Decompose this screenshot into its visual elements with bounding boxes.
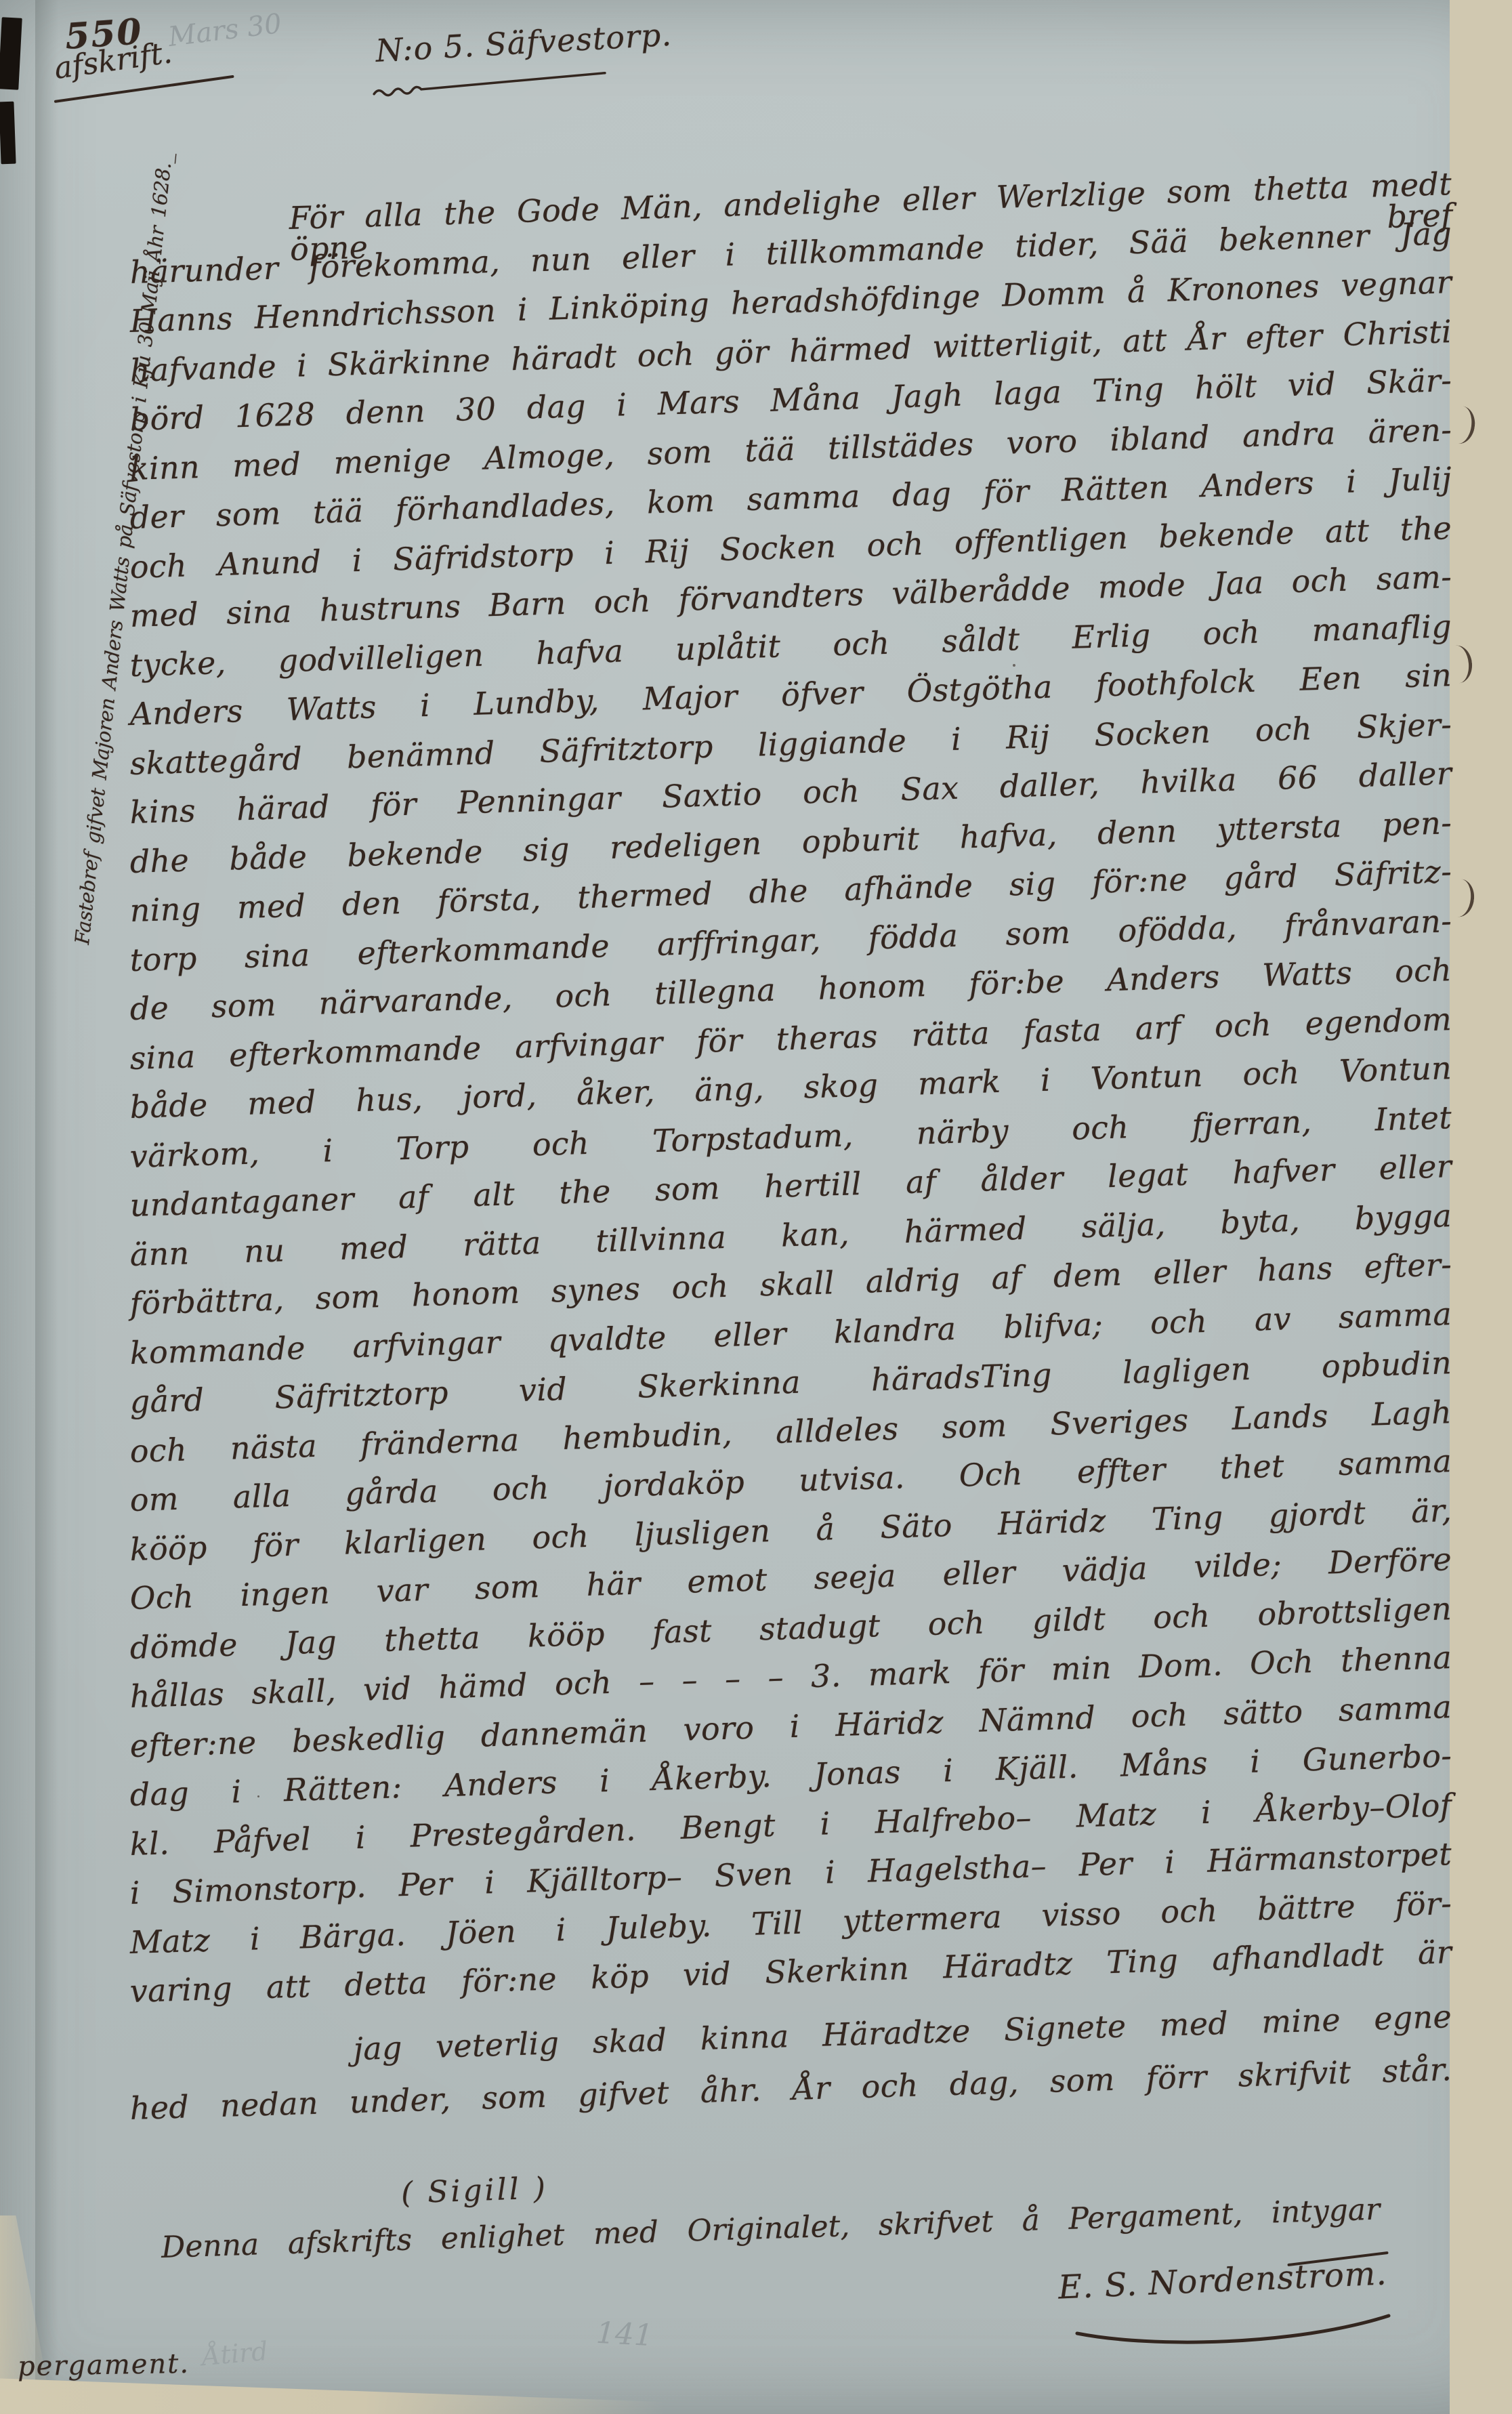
material-note: pergament. xyxy=(18,2348,190,2382)
signature-underline-swoosh xyxy=(1072,2309,1397,2352)
corner-shadow-mark xyxy=(0,102,16,165)
ink-speck xyxy=(1013,664,1015,667)
edge-ink-mark xyxy=(1450,644,1474,684)
left-page-edge-shadow xyxy=(35,0,58,2414)
page-edge-stack xyxy=(1450,0,1512,2414)
edge-ink-mark xyxy=(1451,405,1477,446)
ink-speck xyxy=(434,1057,437,1060)
corner-shadow-mark xyxy=(0,17,22,89)
seal-note: ( Sigill ) xyxy=(400,2171,549,2211)
scanned-document-page: 550 Mars 30 afskrift. N:o 5. Säfvestorp.… xyxy=(0,0,1512,2414)
signature-flourish xyxy=(1072,2309,1397,2355)
pencil-page-number: 141 xyxy=(595,2316,654,2353)
ink-speck xyxy=(257,1795,259,1797)
body-text: För alla the Gode Män, andelighe eller W… xyxy=(130,198,1452,2133)
pencil-note-bottom: Åtird xyxy=(201,2336,269,2371)
edge-ink-mark xyxy=(1451,879,1476,919)
